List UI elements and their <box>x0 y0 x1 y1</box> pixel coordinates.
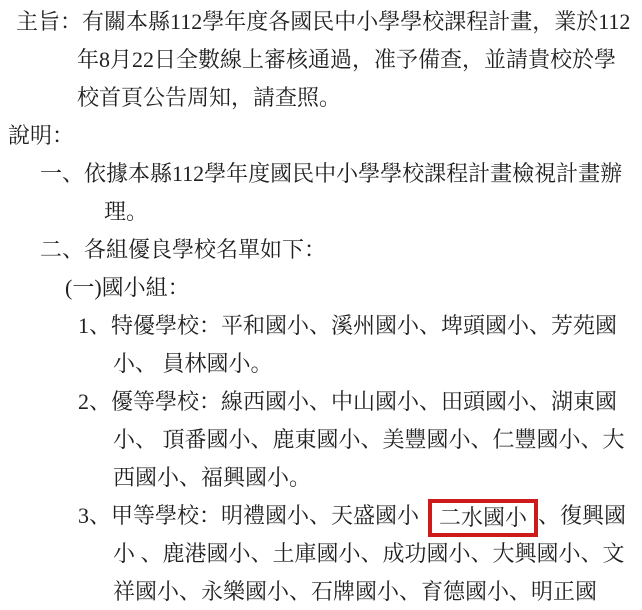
rank2-line-1: 2、優等學校：線西國小、中山國小、田頭國小、湖東國 <box>0 383 642 421</box>
item-1-text-2: 理。 <box>104 199 148 224</box>
item-2-text: 二、各組優良學校名單如下： <box>40 237 326 262</box>
subject-text-1: 有關本縣112學年度各國民中小學學校課程計畫，業於112 <box>82 9 630 34</box>
rank1-text-2: 小、 員林國小。 <box>113 351 273 376</box>
highlighted-school-name: 二水國小 <box>439 505 527 530</box>
subject-text-2: 年8月22日全數線上審核通過，准予備查，並請貴校於學 <box>77 47 616 72</box>
group-heading-text: (一)國小組： <box>65 275 190 300</box>
official-letter-document: 主旨：有關本縣112學年度各國民中小學學校課程計畫，業於112 年8月22日全數… <box>0 0 642 610</box>
explanation-label: 說明： <box>0 117 642 155</box>
rank2-line-2: 小、 頂番國小、鹿東國小、美豐國小、仁豐國小、大 <box>0 421 642 459</box>
rank2-text-1: 2、優等學校：線西國小、中山國小、田頭國小、湖東國 <box>78 389 617 414</box>
red-highlight-box: 二水國小 <box>428 499 538 537</box>
rank3-text-2: 小 、鹿港國小、土庫國小、成功國小、大興國小、文 <box>113 541 625 566</box>
explanation-item-2: 二、各組優良學校名單如下： <box>0 231 642 269</box>
explanation-item-1-line-1: 一、依據本縣112學年度國民中小學學校課程計畫檢視計畫辦 <box>0 155 642 193</box>
item-1-text-1: 一、依據本縣112學年度國民中小學學校課程計畫檢視計畫辦 <box>40 161 622 186</box>
subject-text-3: 校首頁公告周知，請查照。 <box>77 85 341 110</box>
rank2-text-2: 小、 頂番國小、鹿東國小、美豐國小、仁豐國小、大 <box>113 427 625 452</box>
rank3-text-after-box: 、復興國 <box>538 503 626 528</box>
subject-line-1: 主旨：有關本縣112學年度各國民中小學學校課程計畫，業於112 <box>0 3 642 41</box>
rank3-line-3: 祥國小、永樂國小、石牌國小、育德國小、明正國 <box>0 573 642 610</box>
rank1-line-1: 1、特優學校：平和國小、溪州國小、埤頭國小、芳苑國 <box>0 307 642 345</box>
rank1-text-1: 1、特優學校：平和國小、溪州國小、埤頭國小、芳苑國 <box>78 313 617 338</box>
subject-line-3: 校首頁公告周知，請查照。 <box>0 79 642 117</box>
rank3-text-3: 祥國小、永樂國小、石牌國小、育德國小、明正國 <box>113 579 597 604</box>
rank2-line-3: 西國小、福興國小。 <box>0 459 642 497</box>
subject-line-2: 年8月22日全數線上審核通過，准予備查，並請貴校於學 <box>0 41 642 79</box>
rank3-text-before-box: 3、甲等學校：明禮國小、天盛國小 <box>78 503 419 528</box>
rank3-line-2: 小 、鹿港國小、土庫國小、成功國小、大興國小、文 <box>0 535 642 573</box>
rank1-line-2: 小、 員林國小。 <box>0 345 642 383</box>
subject-label: 主旨： <box>16 9 82 34</box>
rank3-line-1: 3、甲等學校：明禮國小、天盛國小二水國小、復興國 <box>0 497 642 535</box>
elementary-group-heading: (一)國小組： <box>0 269 642 307</box>
explanation-item-1-line-2: 理。 <box>0 193 642 231</box>
explanation-label-text: 說明： <box>8 123 74 148</box>
rank2-text-3: 西國小、福興國小。 <box>113 465 311 490</box>
